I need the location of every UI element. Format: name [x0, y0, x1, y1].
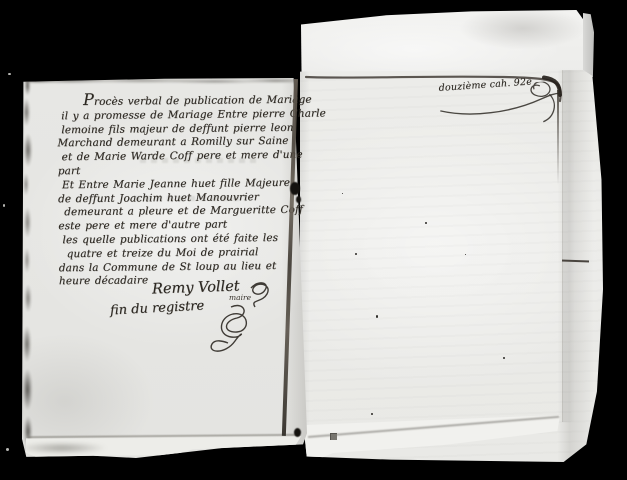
closing-paraph-icon [203, 301, 257, 361]
page-number-annotation: douzième cah. 92e [438, 73, 581, 135]
gutter-ink-blot [290, 182, 300, 195]
scanned-register-photo: douzième cah. 92e Procès verbal de [0, 0, 627, 480]
ink-speck [342, 193, 343, 194]
page-top-smudge [25, 78, 304, 84]
manuscript-text: Procès verbal de publication de Mariage … [57, 91, 305, 290]
ink-speck [465, 254, 466, 255]
manuscript-line: Procès verbal de publication de Mariage [83, 91, 303, 110]
ink-speck [355, 253, 357, 255]
manuscript-line: demeurant a pleure et de Margueritte Cof… [64, 204, 304, 220]
dust-speck [3, 204, 5, 207]
right-page: douzième cah. 92e [300, 70, 603, 462]
ink-speck [376, 315, 378, 318]
annotation-flourish-icon [437, 80, 572, 137]
ink-speck [371, 413, 373, 415]
binding-mark [330, 433, 337, 440]
manuscript-line: les quelle publications ont été faite le… [62, 232, 304, 248]
signature-name: Remy Vollet [152, 278, 240, 297]
page-left-smudge [22, 78, 32, 458]
manuscript-line: et de Marie Warde Coff pere et mere d'un… [62, 149, 304, 165]
page-bottom-edge [302, 414, 560, 464]
gutter-ink-blot [296, 196, 301, 203]
manuscript-line: Et Entre Marie Jeanne huet fille Majeure [62, 176, 304, 192]
gutter-ink-blot [294, 428, 301, 437]
page-corner-shading [24, 440, 119, 456]
dust-speck [6, 448, 9, 451]
flyleaf-side-edge [583, 13, 594, 77]
flyleaf-page-edge [301, 10, 585, 76]
ink-speck [425, 222, 427, 224]
ink-speck [503, 357, 505, 359]
dust-speck [8, 73, 11, 75]
